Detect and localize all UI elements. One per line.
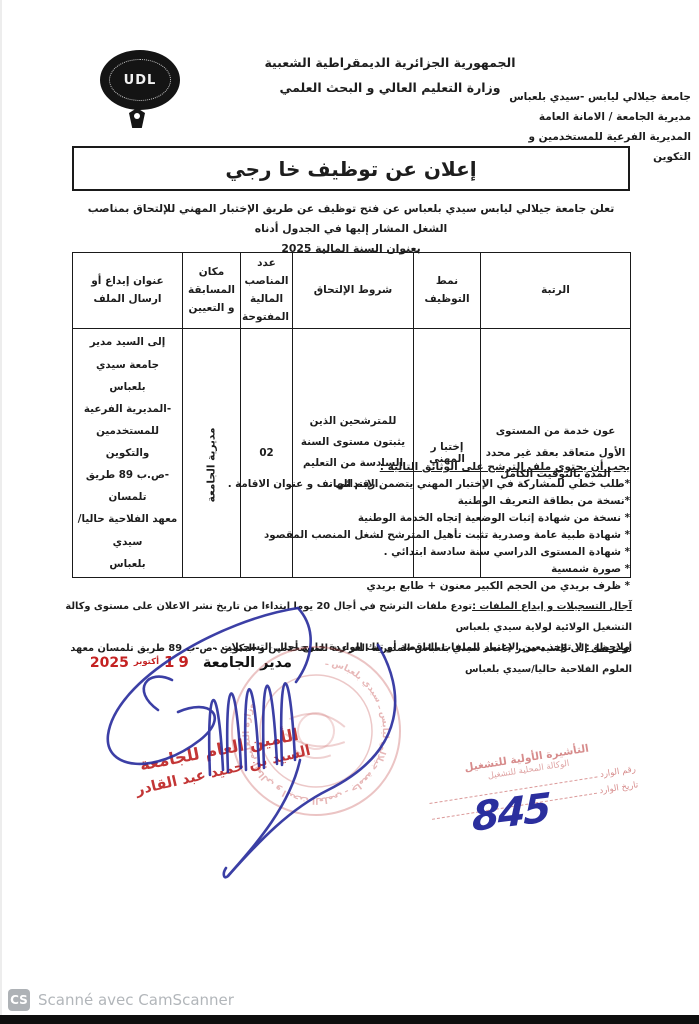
col-header-mode: نمط التوظيف: [414, 253, 481, 329]
seal-oval: UDL: [100, 50, 180, 110]
document-item: *طلب خطي للمشاركة في الإختبار المهني يتض…: [72, 476, 630, 493]
scan-edge: [0, 0, 2, 1024]
document-item: * شهادة طبية عامة وصدرية تثبت تأهيل المت…: [72, 527, 630, 544]
required-documents-section: يجب أن يحتوي ملف الترشح على الوثائق التا…: [72, 461, 630, 595]
col-header-conditions: شروط الإلتحاق: [293, 253, 414, 329]
scan-bottom-edge: [0, 1015, 699, 1024]
seal-pendant-dot: [134, 113, 140, 119]
page-title: إعلان عن توظيف خا رجي: [225, 157, 476, 181]
document-item: * شهادة المستوى الدراسي سنة سادسة ابتدائ…: [72, 544, 630, 561]
scanned-job-announcement-document: UDL الجمهورية الجزائرية الديمقراطية الشع…: [0, 0, 699, 1024]
document-item: *نسخة من بطاقة التعريف الوطنية: [72, 493, 630, 510]
col-header-count: عدد المناصب المالية المفتوحة: [241, 253, 293, 329]
signature-scribble: [60, 590, 460, 890]
deadline-lead: آجال التسجيلات و إيداع الملفات :: [472, 601, 632, 612]
seal-text: UDL: [109, 59, 171, 101]
documents-heading: يجب أن يحتوي ملف الترشح على الوثائق التا…: [72, 461, 630, 473]
col-header-address: عنوان إيداع أو ارسال الملف: [73, 253, 183, 329]
camscanner-badge-icon: CS: [8, 989, 30, 1011]
handwritten-number: 845: [472, 785, 550, 841]
intro-line-1: تعلن جامعة جيلالي ليابس سيدي بلعباس عن ف…: [72, 199, 630, 239]
intro-paragraph: تعلن جامعة جيلالي ليابس سيدي بلعباس عن ف…: [72, 199, 630, 259]
note-lead: ملاحظة :: [586, 642, 630, 653]
received-date-label: تاريخ الوارد: [599, 780, 639, 796]
republic-line: الجمهورية الجزائرية الديمقراطية الشعبية: [175, 50, 605, 75]
org-line-university: جامعة جيلالي ليابس -سيدي بلعباس: [491, 87, 691, 107]
col-header-rank: الرتبة: [481, 253, 631, 329]
document-item: * صورة شمسية: [72, 561, 630, 578]
university-seal-logo: UDL: [100, 50, 180, 135]
document-item: * نسخة من شهادة إثبات الوضعية إتجاه الخد…: [72, 510, 630, 527]
camscanner-text: Scanné avec CamScanner: [38, 991, 234, 1009]
col-header-location: مكان المسابقة و التعيين: [183, 253, 241, 329]
camscanner-watermark: CS Scanné avec CamScanner: [8, 989, 234, 1011]
title-box: إعلان عن توظيف خا رجي: [72, 146, 630, 191]
received-number-label: رقم الوارد: [599, 764, 636, 780]
org-line-directorate: مديرية الجامعة / الامانة العامة: [491, 107, 691, 127]
table-header-row: الرتبة نمط التوظيف شروط الإلتحاق عدد الم…: [73, 253, 631, 329]
